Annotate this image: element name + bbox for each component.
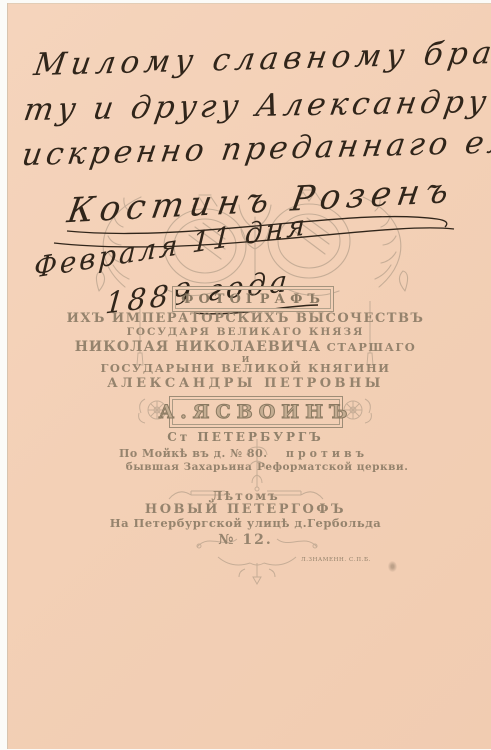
dedication-line-2: ту и другу Александру отъ [21, 82, 491, 128]
winter-address-former: бывшая Захарьина [119, 461, 259, 473]
honorific-line-3: НИКОЛАЯ НИКОЛАЕВИЧА СТАРШАГО [7, 339, 484, 355]
honorific-line-5: АЛЕКСАНДРЫ ПЕТРОВНЫ [7, 376, 484, 391]
studio-name: А.ЯСВОИНЪ [159, 401, 354, 423]
grand-duke-name: НИКОЛАЯ НИКОЛАЕВИЧА [75, 339, 321, 355]
bottom-finial-ornament [212, 549, 302, 585]
summer-place: НОВЫЙ ПЕТЕРГОФЪ [7, 502, 484, 517]
summer-house-number: № 12. [7, 532, 484, 548]
photographer-banner: ФОТОГРАФЪ [172, 286, 334, 312]
winter-address-church: Реформатской церкви. [257, 461, 397, 473]
card-surface: Милому славному бра- ту и другу Александ… [7, 3, 491, 749]
honorific-line-2: ГОСУДАРЯ ВЕЛИКАГО КНЯЗЯ [7, 326, 484, 338]
ink-smudge [388, 561, 397, 572]
dedication-line-1: Милому славному бра- [32, 34, 491, 83]
honorific-line-4: ГОСУДАРЫНИ ВЕЛИКОЙ КНЯГИНИ [7, 361, 484, 375]
scanned-cabinet-card-back: { "card": { "handwriting": { "line1": "М… [0, 0, 491, 750]
printer-mark: Л.ЗНАМЕНН. С.П.Б. [301, 557, 371, 563]
winter-address-street: По Мойкѣ въ д. № 80. [119, 447, 259, 460]
dedication-line-3: искренно преданнаго ему [20, 123, 491, 173]
winter-address-opposite: противъ [257, 447, 397, 460]
studio-name-plaque: А.ЯСВОИНЪ [169, 396, 343, 428]
winter-address-right: противъ Реформатской церкви. [257, 447, 397, 473]
photographer-label: ФОТОГРАФЪ [181, 292, 325, 307]
winter-address-left: По Мойкѣ въ д. № 80. бывшая Захарьина [119, 447, 259, 473]
summer-address: На Петербургской улицѣ д.Гербольда [7, 516, 484, 530]
grand-duke-suffix: СТАРШАГО [321, 340, 416, 354]
summer-label: Лѣтомъ [7, 488, 484, 503]
honorific-line-1: ИХЪ ИМПЕРАТОРСКИХЪ ВЫСОЧЕСТВЪ [7, 311, 484, 326]
